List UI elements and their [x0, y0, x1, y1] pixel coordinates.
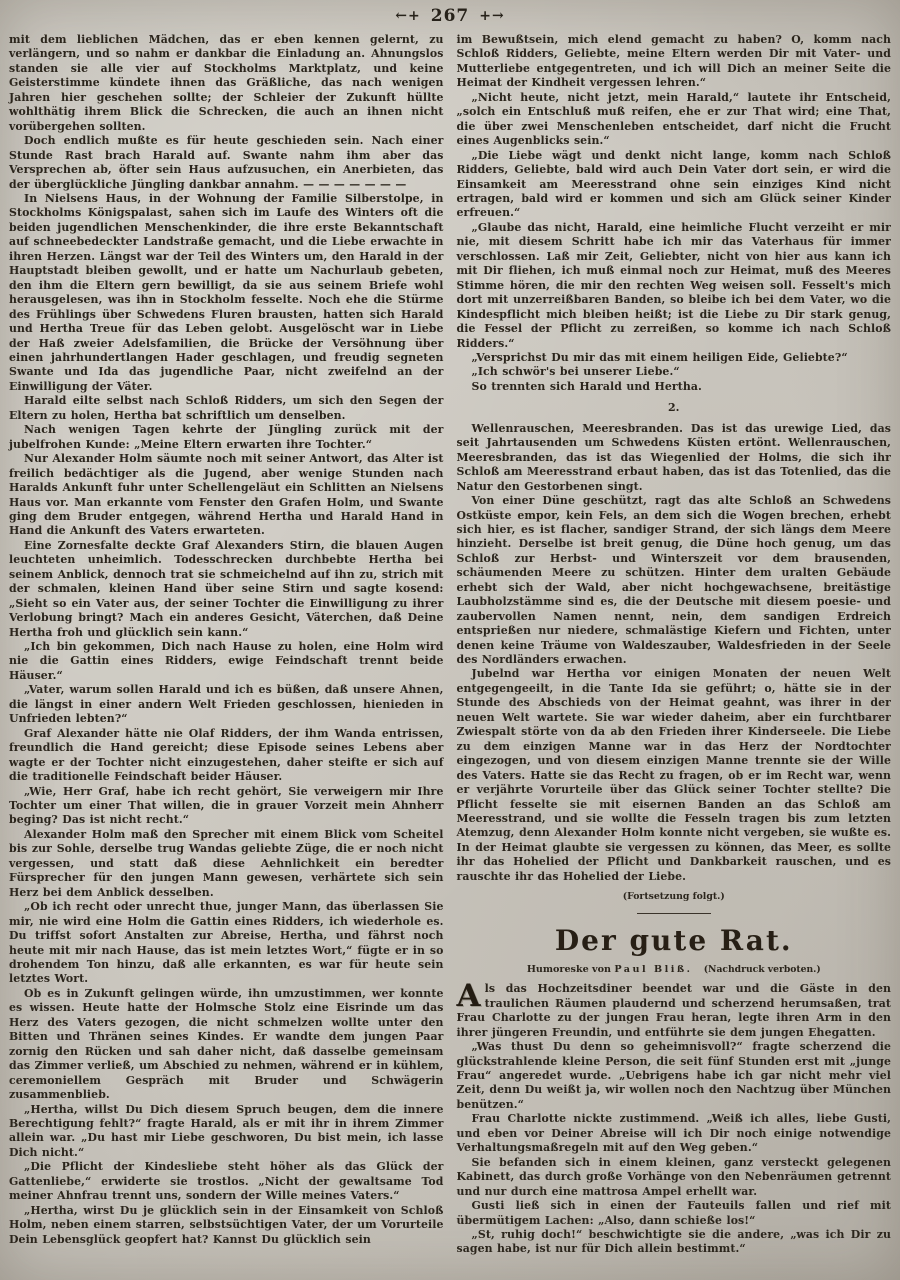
paragraph: „St, ruhig doch!“ beschwichtigte sie die… — [457, 1228, 892, 1257]
paragraph: „Ich bin gekommen, Dich nach Hause zu ho… — [9, 640, 444, 683]
paragraph: Von einer Düne geschützt, ragt das alte … — [457, 494, 892, 667]
paragraph: „Was thust Du denn so geheimnisvoll?“ fr… — [457, 1040, 892, 1112]
continuation-note: (Fortsetzung folgt.) — [457, 890, 892, 903]
paragraph: Sie befanden sich in einem kleinen, ganz… — [457, 1156, 892, 1199]
paragraph: „Die Pflicht der Kindesliebe steht höher… — [9, 1160, 444, 1203]
author-name: Paul Bliß. — [614, 964, 692, 975]
paragraph: „Ob ich recht oder unrecht thue, junger … — [9, 900, 444, 987]
paragraph: „Nicht heute, nicht jetzt, mein Harald,“… — [457, 91, 892, 149]
paragraph: So trennten sich Harald und Hertha. — [457, 380, 892, 394]
text-columns: mit dem lieblichen Mädchen, das er eben … — [9, 33, 891, 1257]
paragraph: In Nielsens Haus, in der Wohnung der Fam… — [9, 192, 444, 394]
paragraph: „Hertha, willst Du Dich diesem Spruch be… — [9, 1103, 444, 1161]
paragraph: Gusti ließ sich in einen der Fauteuils f… — [457, 1199, 892, 1228]
header-ornament-left: ←+ — [385, 8, 430, 24]
drop-cap-initial: A — [457, 982, 485, 1009]
byline-prefix: Humoreske von — [527, 964, 615, 975]
paragraph: Alexander Holm maß den Sprecher mit eine… — [9, 828, 444, 900]
story-divider — [637, 913, 711, 914]
story-title: Der gute Rat. — [457, 926, 892, 956]
paragraph: „Ich schwör's bei unserer Liebe.“ — [457, 365, 892, 379]
paragraph: Eine Zornesfalte deckte Graf Alexanders … — [9, 539, 444, 640]
paragraph: Nur Alexander Holm säumte noch mit seine… — [9, 452, 444, 539]
paragraph: Ob es in Zukunft gelingen würde, ihn umz… — [9, 987, 444, 1103]
paragraph: im Bewußtsein, mich elend gemacht zu hab… — [457, 33, 892, 91]
paragraph: „Glaube das nicht, Harald, eine heimlich… — [457, 221, 892, 351]
paragraph: Harald eilte selbst nach Schloß Ridders,… — [9, 394, 444, 423]
page-header: ←+267+→ — [9, 6, 891, 26]
copyright-note: (Nachdruck verboten.) — [693, 964, 821, 975]
paragraph: Graf Alexander hätte nie Olaf Ridders, d… — [9, 727, 444, 785]
paragraph: „Vater, warum sollen Harald und ich es b… — [9, 683, 444, 726]
paragraph: „Die Liebe wägt und denkt nicht lange, k… — [457, 149, 892, 221]
paragraph: „Versprichst Du mir das mit einem heilig… — [457, 351, 892, 365]
paragraph: mit dem lieblichen Mädchen, das er eben … — [9, 33, 444, 134]
paragraph: Frau Charlotte nickte zustimmend. „Weiß … — [457, 1112, 892, 1155]
paragraph: Jubelnd war Hertha vor einigen Monaten d… — [457, 667, 892, 884]
story-byline: Humoreske von Paul Bliß. (Nachdruck verb… — [457, 964, 892, 975]
paragraph: Wellenrauschen, Meeresbranden. Das ist d… — [457, 422, 892, 494]
left-column: mit dem lieblichen Mädchen, das er eben … — [9, 33, 444, 1257]
paragraph-with-dropcap: Als das Hochzeitsdiner beendet war und d… — [457, 982, 892, 1040]
chapter-number: 2. — [457, 401, 892, 415]
paragraph: Nach wenigen Tagen kehrte der Jüngling z… — [9, 423, 444, 452]
paragraph: „Wie, Herr Graf, habe ich recht gehört, … — [9, 785, 444, 828]
newspaper-page: ←+267+→ mit dem lieblichen Mädchen, das … — [0, 0, 900, 1280]
right-column: im Bewußtsein, mich elend gemacht zu hab… — [457, 33, 892, 1257]
paragraph: Doch endlich mußte es für heute geschied… — [9, 134, 444, 192]
header-ornament-right: +→ — [469, 8, 514, 24]
paragraph: „Hertha, wirst Du je glücklich sein in d… — [9, 1204, 444, 1247]
page-number: 267 — [431, 6, 470, 26]
